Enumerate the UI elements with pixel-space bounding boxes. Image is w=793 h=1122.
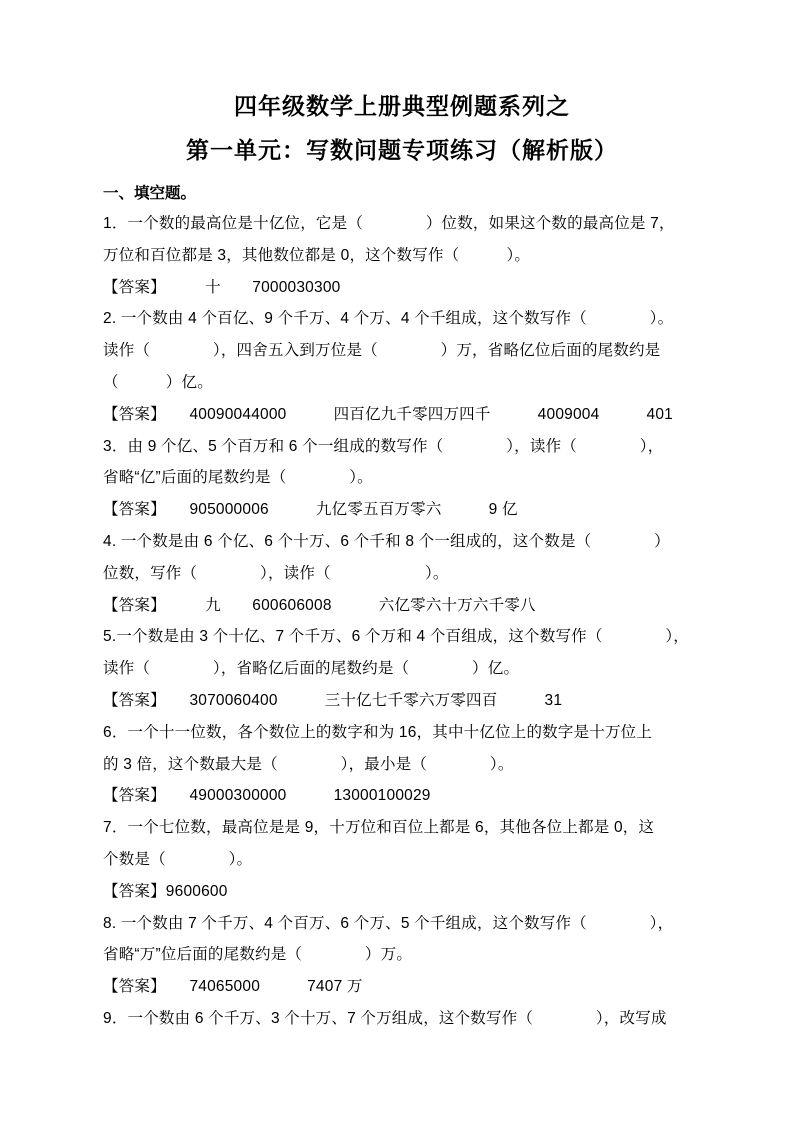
doc-subtitle: 第一单元：写数问题专项练习（解析版） xyxy=(103,128,701,172)
page-content: 四年级数学上册典型例题系列之 第一单元：写数问题专项练习（解析版） 一、填空题。… xyxy=(0,0,793,1035)
question-8-answer: 【答案】 74065000 7407 万 xyxy=(103,971,701,1003)
question-6-line-2: 的 3 倍，这个数最大是（ ），最小是（ ）。 xyxy=(103,749,701,781)
question-7-answer: 【答案】9600600 xyxy=(103,876,701,908)
question-1-answer: 【答案】 十 7000030300 xyxy=(103,272,701,304)
question-5-line-1: 5.一个数是由 3 个十亿、7 个千万、6 个万和 4 个百组成，这个数写作（ … xyxy=(103,621,701,653)
question-2-line-3: （ ）亿。 xyxy=(103,367,701,399)
questions-list: 1．一个数的最高位是十亿位，它是（ ）位数，如果这个数的最高位是 7，万位和百位… xyxy=(103,208,701,1035)
section-heading: 一、填空题。 xyxy=(103,180,701,208)
question-5-answer: 【答案】 3070060400 三十亿七千零六万零四百 31 xyxy=(103,685,701,717)
question-3-line-2: 省略“亿”后面的尾数约是（ ）。 xyxy=(103,462,701,494)
question-4-answer: 【答案】 九 600606008 六亿零六十万六千零八 xyxy=(103,590,701,622)
question-1-line-1: 1．一个数的最高位是十亿位，它是（ ）位数，如果这个数的最高位是 7， xyxy=(103,208,701,240)
question-1: 1．一个数的最高位是十亿位，它是（ ）位数，如果这个数的最高位是 7，万位和百位… xyxy=(103,208,701,303)
question-2: 2. 一个数由 4 个百亿、9 个千万、4 个万、4 个千组成，这个数写作（ ）… xyxy=(103,303,701,430)
question-4-line-1: 4. 一个数是由 6 个亿、6 个十万、6 个千和 8 个一组成的，这个数是（ … xyxy=(103,526,701,558)
question-4: 4. 一个数是由 6 个亿、6 个十万、6 个千和 8 个一组成的，这个数是（ … xyxy=(103,526,701,621)
question-4-line-2: 位数，写作（ ），读作（ ）。 xyxy=(103,558,701,590)
question-1-line-2: 万位和百位都是 3，其他数位都是 0，这个数写作（ ）。 xyxy=(103,240,701,272)
question-6-answer: 【答案】 49000300000 13000100029 xyxy=(103,780,701,812)
question-8-line-1: 8. 一个数由 7 个千万、4 个百万、6 个万、5 个千组成，这个数写作（ ）… xyxy=(103,908,701,940)
question-6-line-1: 6．一个十一位数，各个数位上的数字和为 16，其中十亿位上的数字是十万位上 xyxy=(103,717,701,749)
question-6: 6．一个十一位数，各个数位上的数字和为 16，其中十亿位上的数字是十万位上的 3… xyxy=(103,717,701,812)
question-5: 5.一个数是由 3 个十亿、7 个千万、6 个万和 4 个百组成，这个数写作（ … xyxy=(103,621,701,716)
question-9-line-1: 9．一个数由 6 个千万、3 个十万、7 个万组成，这个数写作（ ），改写成 xyxy=(103,1003,701,1035)
question-5-line-2: 读作（ ），省略亿后面的尾数约是（ ）亿。 xyxy=(103,653,701,685)
question-3: 3．由 9 个亿、5 个百万和 6 个一组成的数写作（ ），读作（ ），省略“亿… xyxy=(103,431,701,526)
question-7-line-2: 个数是（ ）。 xyxy=(103,844,701,876)
question-8: 8. 一个数由 7 个千万、4 个百万、6 个万、5 个千组成，这个数写作（ ）… xyxy=(103,908,701,1003)
doc-title: 四年级数学上册典型例题系列之 xyxy=(103,84,701,128)
question-7: 7．一个七位数，最高位是是 9，十万位和百位上都是 6，其他各位上都是 0，这个… xyxy=(103,812,701,907)
question-3-line-1: 3．由 9 个亿、5 个百万和 6 个一组成的数写作（ ），读作（ ）， xyxy=(103,431,701,463)
question-2-answer: 【答案】 40090044000 四百亿九千零四万四千 4009004 401 xyxy=(103,399,701,431)
question-8-line-2: 省略“万”位后面的尾数约是（ ）万。 xyxy=(103,939,701,971)
question-9: 9．一个数由 6 个千万、3 个十万、7 个万组成，这个数写作（ ），改写成 xyxy=(103,1003,701,1035)
question-3-answer: 【答案】 905000006 九亿零五百万零六 9 亿 xyxy=(103,494,701,526)
question-7-line-1: 7．一个七位数，最高位是是 9，十万位和百位上都是 6，其他各位上都是 0，这 xyxy=(103,812,701,844)
worksheet-page: 四年级数学上册典型例题系列之 第一单元：写数问题专项练习（解析版） 一、填空题。… xyxy=(0,0,793,1122)
question-2-line-2: 读作（ ），四舍五入到万位是（ ）万，省略亿位后面的尾数约是 xyxy=(103,335,701,367)
question-2-line-1: 2. 一个数由 4 个百亿、9 个千万、4 个万、4 个千组成，这个数写作（ ）… xyxy=(103,303,701,335)
